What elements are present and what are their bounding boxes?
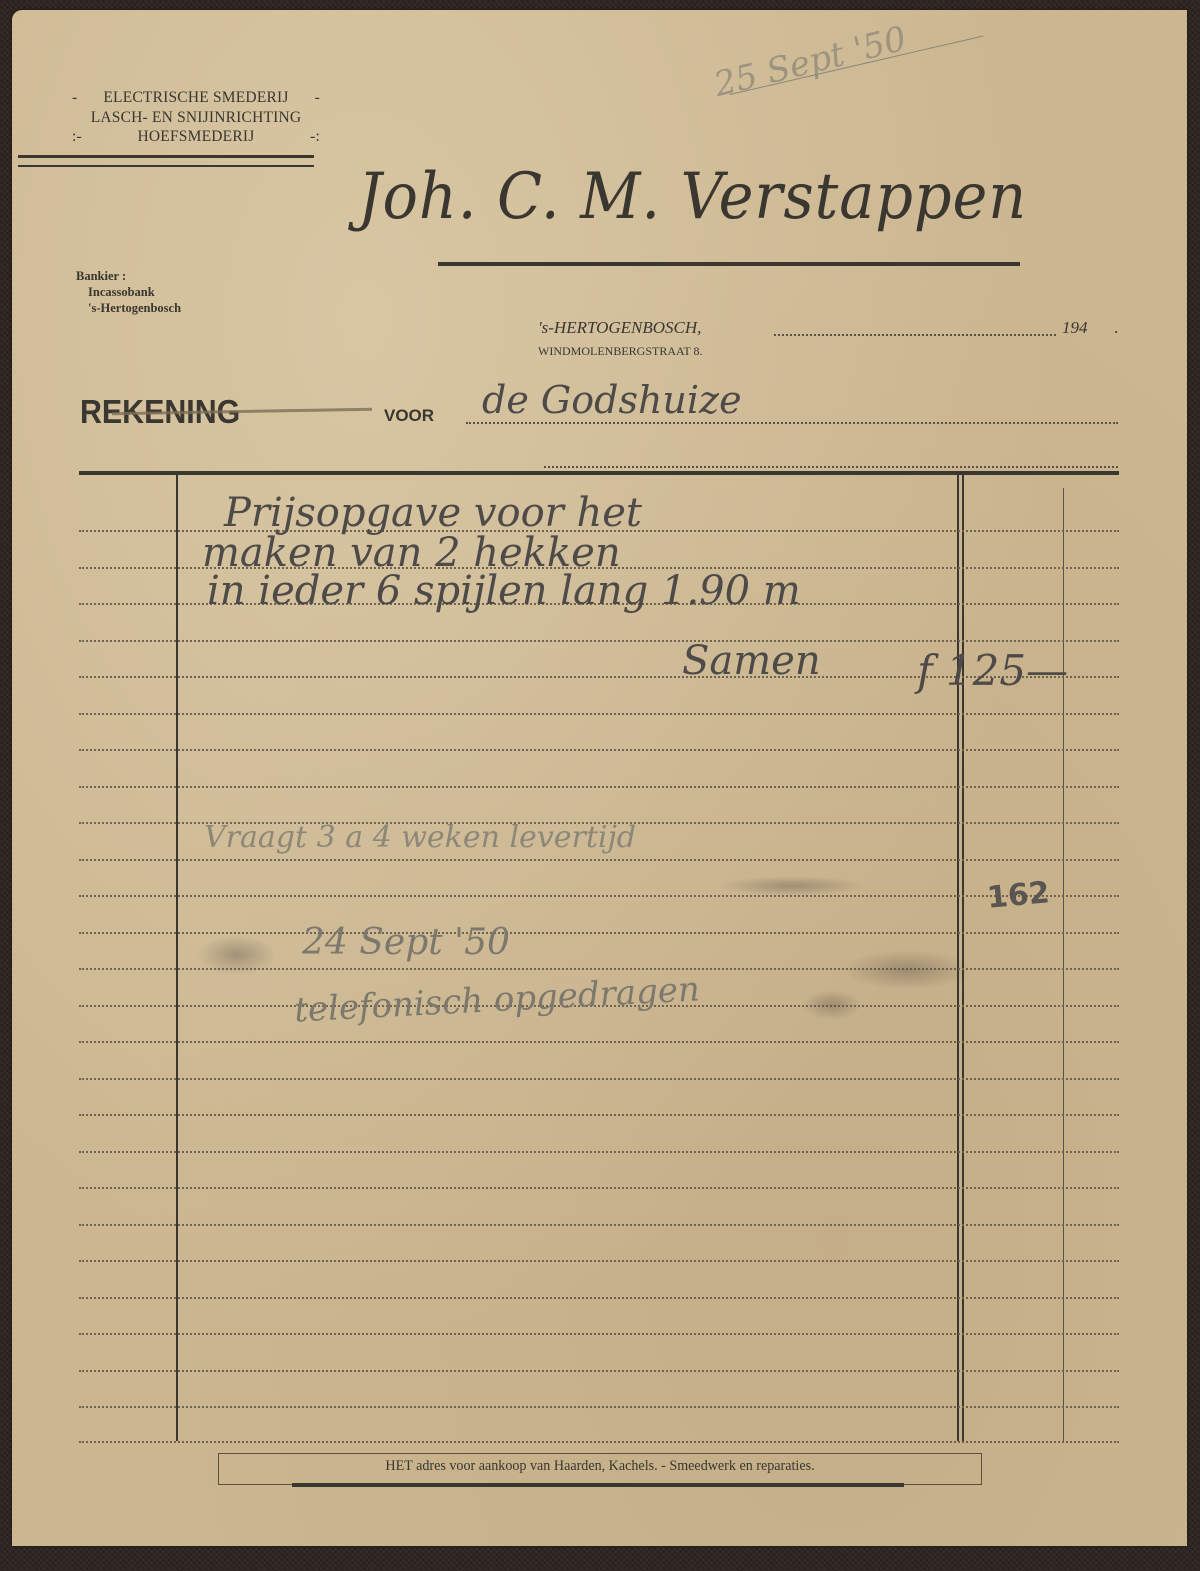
recipient-handwritten: de Godshuize [482, 378, 742, 422]
bank-info: Bankier : Incassobank 's-Hertogenbosch [76, 268, 181, 316]
footer-slogan: HET adres voor aankoop van Haarden, Kach… [241, 1458, 959, 1475]
trade-description: - ELECTRISCHE SMEDERIJ - LASCH- EN SNIJI… [72, 88, 320, 147]
trade-text: HOEFSMEDERIJ [138, 127, 255, 147]
trade-dash: -: [310, 127, 320, 147]
street-address: WINDMOLENBERGSTRAAT 8. [538, 344, 702, 359]
company-name-rule [438, 262, 1020, 266]
invoice-paper: - ELECTRISCHE SMEDERIJ - LASCH- EN SNIJI… [12, 10, 1187, 1546]
body-line-3: in ieder 6 spijlen lang 1.90 m [207, 568, 801, 614]
footer-bar [292, 1483, 904, 1487]
trade-line-3: :- HOEFSMEDERIJ -: [72, 127, 320, 147]
bank-city: 's-Hertogenbosch [76, 300, 181, 316]
trade-line-2: LASCH- EN SNIJINRICHTING [72, 108, 320, 128]
stamp-number: 162 [986, 875, 1051, 915]
trade-line-1: - ELECTRISCHE SMEDERIJ - [72, 88, 320, 108]
trade-dash: :- [72, 127, 82, 147]
ink-smudge [802, 990, 862, 1020]
trade-text: LASCH- EN SNIJINRICHTING [91, 108, 302, 128]
date-dotted-line [774, 334, 1056, 336]
pencil-note-ordered: telefonisch opgedragen [293, 969, 701, 1030]
total-value: f 125— [917, 646, 1068, 695]
trade-dash: - [315, 88, 320, 108]
trade-double-rule [18, 155, 314, 167]
trade-text: ELECTRISCHE SMEDERIJ [103, 88, 288, 108]
city-label: 's-HERTOGENBOSCH, [538, 318, 701, 338]
trade-dash: - [72, 88, 77, 108]
company-name: Joh. C. M. Verstappen [358, 160, 1027, 234]
ink-smudge [717, 876, 867, 896]
for-label: VOOR [384, 406, 434, 426]
ink-smudge [197, 935, 277, 975]
pencil-note-delivery: Vraagt 3 a 4 weken levertijd [204, 820, 636, 855]
bank-name: Incassobank [76, 284, 181, 300]
recipient-dotted-line-1 [466, 422, 1118, 424]
recipient-dotted-line-2 [544, 466, 1118, 468]
total-label: Samen [682, 638, 821, 684]
ink-smudge [842, 950, 972, 990]
year-dot: . [1114, 318, 1118, 338]
pencil-note-date: 24 Sept '50 [302, 922, 510, 963]
year-prefix: 194 [1062, 318, 1088, 338]
bank-label: Bankier : [76, 268, 181, 284]
